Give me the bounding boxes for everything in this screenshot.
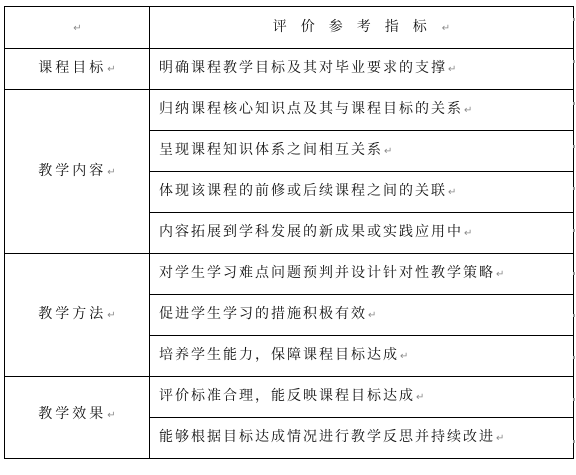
row-end-marker	[573, 102, 575, 105]
row-end-marker	[573, 356, 575, 359]
indicator-text: 体现该课程的前修或后续课程之间的关联	[159, 183, 447, 199]
row-end-marker	[573, 398, 575, 401]
paragraph-mark-icon: ↵	[448, 64, 456, 75]
indicator-text: 明确课程教学目标及其对毕业要求的支撑	[159, 60, 447, 76]
indicator-text: 内容拓展到学科发展的新成果或实践应用中	[159, 224, 463, 240]
category-cell-teaching-content: 教学内容↵	[5, 90, 150, 254]
paragraph-mark-icon: ↵	[384, 146, 392, 157]
indicator-cell: 归纳课程核心知识点及其与课程目标的关系↵	[150, 90, 574, 131]
indicator-cell: 呈现课程知识体系之间相互关系↵	[150, 131, 574, 172]
indicator-text: 呈现课程知识体系之间相互关系	[159, 142, 383, 158]
indicator-cell: 明确课程教学目标及其对毕业要求的支撑↵	[150, 49, 574, 90]
category-cell-teaching-effect: 教学效果↵	[5, 377, 150, 459]
paragraph-mark-icon: ↵	[107, 167, 115, 178]
category-label: 教学内容	[38, 163, 106, 179]
indicator-cell: 评价标准合理，能反映课程目标达成↵	[150, 377, 574, 418]
paragraph-mark-icon: ↵	[107, 64, 115, 75]
row-end-marker	[573, 440, 575, 443]
header-category-cell: ↵	[5, 7, 150, 49]
paragraph-mark-icon: ↵	[464, 228, 472, 239]
indicator-text: 对学生学习难点问题预判并设计针对性教学策略	[159, 265, 495, 281]
indicator-text: 归纳课程核心知识点及其与课程目标的关系	[159, 101, 463, 117]
indicator-text: 促进学生学习的措施积极有效	[159, 306, 367, 322]
paragraph-mark-icon: ↵	[400, 351, 408, 362]
paragraph-mark-icon: ↵	[73, 23, 81, 34]
category-label: 教学方法	[38, 306, 106, 322]
paragraph-mark-icon: ↵	[496, 269, 504, 280]
table-row: 课程目标↵ 明确课程教学目标及其对毕业要求的支撑↵	[5, 49, 574, 90]
table-header-row: ↵ 评价参考指标↵	[5, 7, 574, 49]
indicator-cell: 体现该课程的前修或后续课程之间的关联↵	[150, 172, 574, 213]
paragraph-mark-icon: ↵	[496, 433, 504, 444]
indicator-text: 能够根据目标达成情况进行教学反思并持续改进	[159, 429, 495, 445]
category-label: 课程目标	[38, 60, 106, 76]
paragraph-mark-icon: ↵	[107, 410, 115, 421]
indicator-text: 评价标准合理，能反映课程目标达成	[159, 388, 415, 404]
table-row: 教学方法↵ 对学生学习难点问题预判并设计针对性教学策略↵	[5, 254, 574, 295]
paragraph-mark-icon: ↵	[442, 23, 450, 34]
paragraph-mark-icon: ↵	[464, 105, 472, 116]
table-row: 教学效果↵ 评价标准合理，能反映课程目标达成↵	[5, 377, 574, 418]
indicator-cell: 能够根据目标达成情况进行教学反思并持续改进↵	[150, 418, 574, 459]
paragraph-mark-icon: ↵	[107, 310, 115, 321]
paragraph-mark-icon: ↵	[448, 187, 456, 198]
indicator-cell: 促进学生学习的措施积极有效↵	[150, 295, 574, 336]
row-end-marker	[573, 18, 575, 21]
row-end-marker	[573, 145, 575, 148]
indicator-cell: 培养学生能力，保障课程目标达成↵	[150, 336, 574, 377]
category-label: 教学效果	[38, 406, 106, 422]
row-end-marker	[573, 60, 575, 63]
category-cell-course-objective: 课程目标↵	[5, 49, 150, 90]
table-row: 教学内容↵ 归纳课程核心知识点及其与课程目标的关系↵	[5, 90, 574, 131]
row-end-marker	[573, 229, 575, 232]
category-cell-teaching-method: 教学方法↵	[5, 254, 150, 377]
paragraph-mark-icon: ↵	[416, 392, 424, 403]
evaluation-criteria-table: ↵ 评价参考指标↵ 课程目标↵ 明确课程教学目标及其对毕业要求的支撑↵ 教学内容…	[4, 6, 574, 459]
paragraph-mark-icon: ↵	[368, 310, 376, 321]
header-indicator-label: 评价参考指标	[273, 19, 441, 35]
row-end-marker	[573, 272, 575, 275]
indicator-text: 培养学生能力，保障课程目标达成	[159, 347, 399, 363]
indicator-cell: 内容拓展到学科发展的新成果或实践应用中↵	[150, 213, 574, 254]
header-indicator-cell: 评价参考指标↵	[150, 7, 574, 49]
row-end-marker	[573, 187, 575, 190]
indicator-cell: 对学生学习难点问题预判并设计针对性教学策略↵	[150, 254, 574, 295]
row-end-marker	[573, 314, 575, 317]
